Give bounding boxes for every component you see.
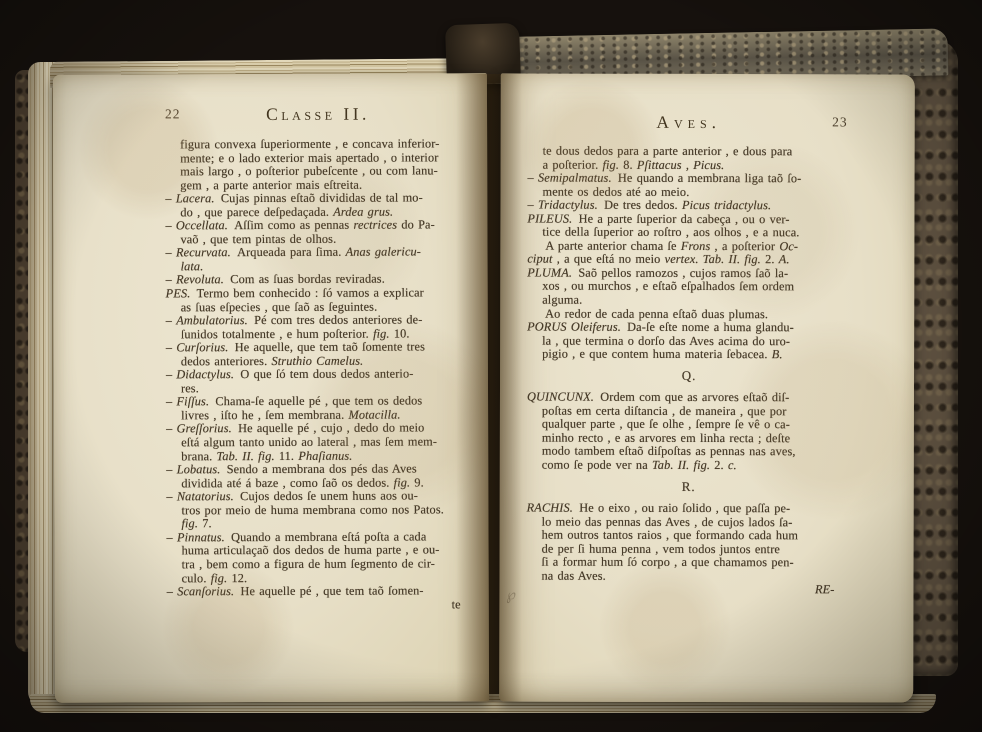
right-page-text-column: te dous dedos para a parte anterior , e … — [526, 145, 851, 598]
text-line: tros por meio de huma membrana como nos … — [166, 503, 476, 518]
text-line: na das Aves. — [526, 569, 850, 583]
text-line: tra , bem como a figura de hum ſegmento … — [167, 557, 477, 572]
right-running-title: Aves. — [528, 112, 850, 134]
text-line: como ſe pode ver na Tab. II. fig. 2. c. — [527, 459, 851, 473]
text-line: – Recurvata. Arqueada para ſima. Anas ga… — [166, 246, 476, 261]
text-line: – Scanſorius. He aquelle pé , que tem ta… — [167, 584, 477, 599]
text-line: – Didactylus. O que ſó tem dous dedos an… — [166, 368, 476, 383]
text-line: RE- — [526, 583, 850, 597]
text-line: R. — [527, 479, 851, 493]
right-page-number: 23 — [832, 114, 848, 130]
right-page-header: 23 Aves. — [528, 112, 850, 135]
signature-mark: ℘ — [504, 587, 517, 606]
left-page-text-column: figura convexa ſuperiormente , e concava… — [165, 137, 477, 612]
text-line: pigio , e que contem huma materia ſebace… — [527, 348, 851, 362]
text-line: te — [167, 598, 477, 613]
page-right: 23 Aves. te dous dedos para a parte ante… — [499, 73, 915, 702]
page-left: 22 Classe II. figura convexa ſuperiormen… — [53, 73, 489, 703]
photo-background: 22 Classe II. figura convexa ſuperiormen… — [0, 0, 982, 732]
left-page-number: 22 — [165, 106, 181, 122]
text-line: Q. — [527, 368, 851, 382]
left-running-title: Classe II. — [165, 103, 471, 125]
left-page-header: 22 Classe II. — [165, 103, 471, 126]
